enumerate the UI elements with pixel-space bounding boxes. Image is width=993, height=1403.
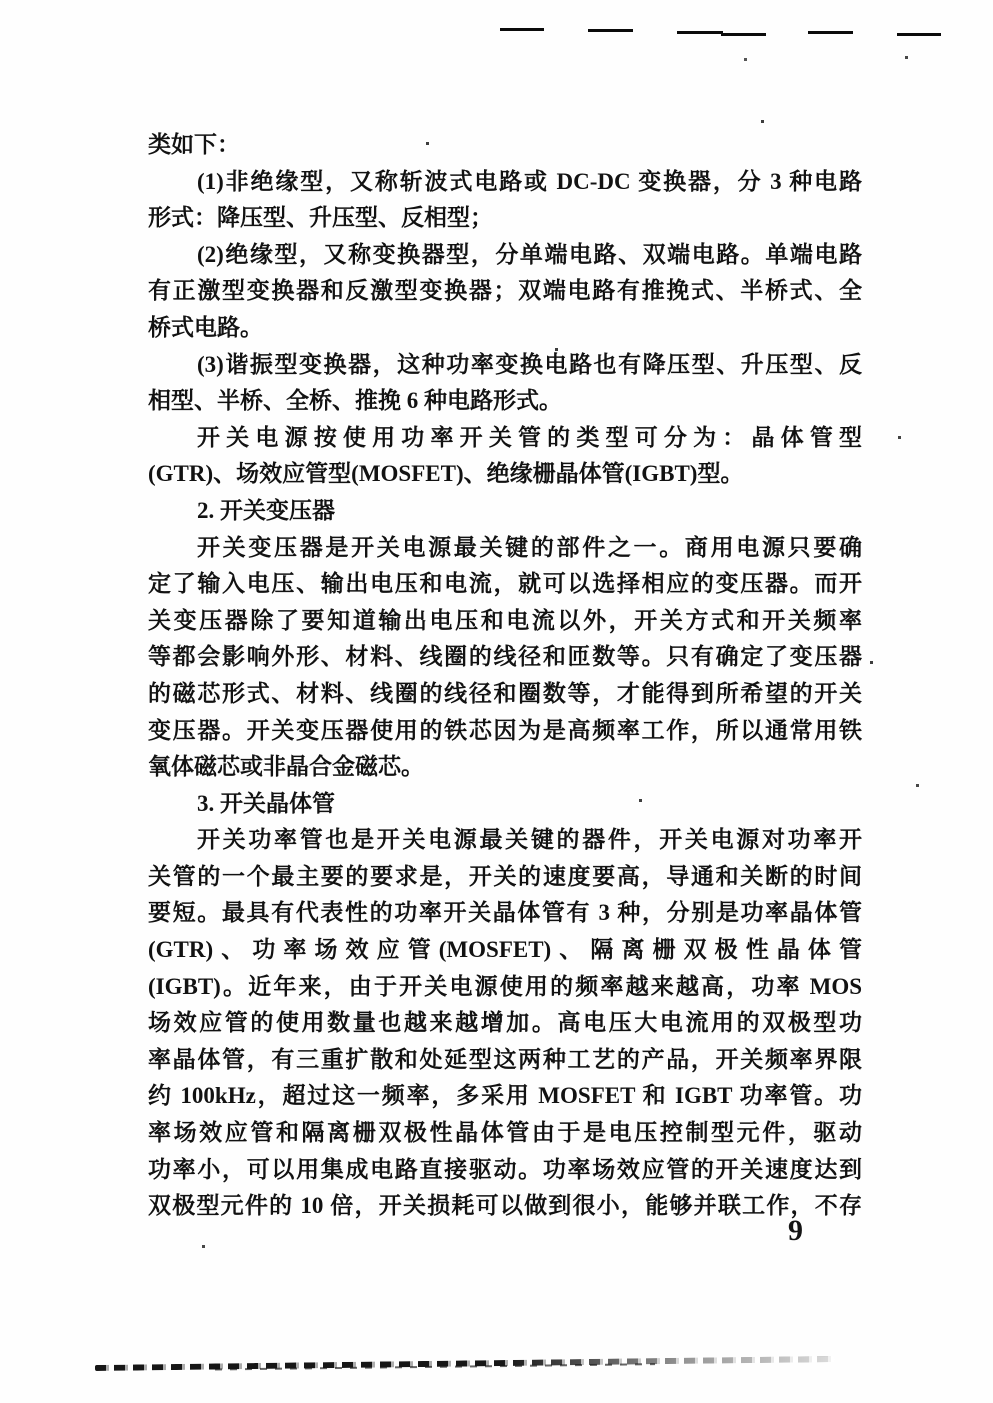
text-line: 有正激型变换器和反激型变换器；双端电路有推挽式、半桥式、全 <box>148 273 862 310</box>
text-line: 关管的一个最主要的要求是，开关的速度要高，导通和关断的时间 <box>148 859 862 896</box>
text-line: 约 100kHz，超过这一频率，多采用 MOSFET 和 IGBT 功率管。功 <box>148 1078 862 1115</box>
scan-artifact-dash <box>897 33 941 36</box>
scan-noise-specks <box>0 0 1 1</box>
page-body-text: 类如下： (1)非绝缘型，又称斩波式电路或 DC-DC 变换器，分 3 种电路 … <box>148 127 862 1225</box>
text-line: 开关电源按使用功率开关管的类型可分为：晶体管型 <box>148 420 862 457</box>
text-line: (GTR)、功率场效应管(MOSFET)、隔离栅双极性晶体管 <box>148 932 862 969</box>
scan-artifact-dash <box>677 31 723 34</box>
text-line: (3)谐振型变换器，这种功率变换电路也有降压型、升压型、反 <box>148 347 862 384</box>
text-line: 相型、半桥、全桥、推挽 6 种电路形式。 <box>148 383 862 420</box>
text-line: 功率小，可以用集成电路直接驱动。功率场效应管的开关速度达到 <box>148 1152 862 1189</box>
text-line: 开关变压器是开关电源最关键的部件之一。商用电源只要确 <box>148 530 862 567</box>
scan-artifact-line <box>95 1356 835 1371</box>
text-line: 定了输入电压、输出电压和电流，就可以选择相应的变压器。而开 <box>148 566 862 603</box>
page-number: 9 <box>788 1214 803 1248</box>
text-line: (IGBT)。近年来，由于开关电源使用的频率越来越高，功率 MOS <box>148 969 862 1006</box>
text-line: 关变压器除了要知道输出电压和电流以外，开关方式和开关频率 <box>148 603 862 640</box>
text-line: 场效应管的使用数量也越来越增加。高电压大电流用的双极型功 <box>148 1005 862 1042</box>
scan-artifact-line-shadow <box>215 1363 655 1370</box>
text-line: 率场效应管和隔离栅双极性晶体管由于是电压控制型元件，驱动 <box>148 1115 862 1152</box>
text-line: 双极型元件的 10 倍，开关损耗可以做到很小，能够并联工作，不存 <box>148 1188 862 1225</box>
text-line: 形式：降压型、升压型、反相型； <box>148 200 862 237</box>
section-heading: 2. 开关变压器 <box>148 493 862 530</box>
text-line: (2)绝缘型，又称变换器型，分单端电路、双端电路。单端电路 <box>148 237 862 274</box>
scan-artifact-dash <box>808 31 853 34</box>
text-line: 变压器。开关变压器使用的铁芯因为是高频率工作，所以通常用铁 <box>148 713 862 750</box>
text-line: 要短。最具有代表性的功率开关晶体管有 3 种，分别是功率晶体管 <box>148 895 862 932</box>
scan-artifact-dash <box>721 33 766 36</box>
text-line: 开关功率管也是开关电源最关键的器件，开关电源对功率开 <box>148 822 862 859</box>
text-line: 率晶体管，有三重扩散和处延型这两种工艺的产品，开关频率界限 <box>148 1042 862 1079</box>
scan-artifact-dash <box>500 28 544 31</box>
scan-artifact-dash <box>588 29 633 32</box>
text-line: 氧体磁芯或非晶合金磁芯。 <box>148 749 862 786</box>
text-line: 等都会影响外形、材料、线圈的线径和匝数等。只有确定了变压器 <box>148 639 862 676</box>
scanned-book-page: 类如下： (1)非绝缘型，又称斩波式电路或 DC-DC 变换器，分 3 种电路 … <box>0 0 993 1403</box>
text-line: (1)非绝缘型，又称斩波式电路或 DC-DC 变换器，分 3 种电路 <box>148 164 862 201</box>
text-line: (GTR)、场效应管型(MOSFET)、绝缘栅晶体管(IGBT)型。 <box>148 456 862 493</box>
section-heading: 3. 开关晶体管 <box>148 786 862 823</box>
text-line: 的磁芯形式、材料、线圈的线径和圈数等，才能得到所希望的开关 <box>148 676 862 713</box>
text-line: 类如下： <box>148 127 862 164</box>
text-line: 桥式电路。 <box>148 310 862 347</box>
